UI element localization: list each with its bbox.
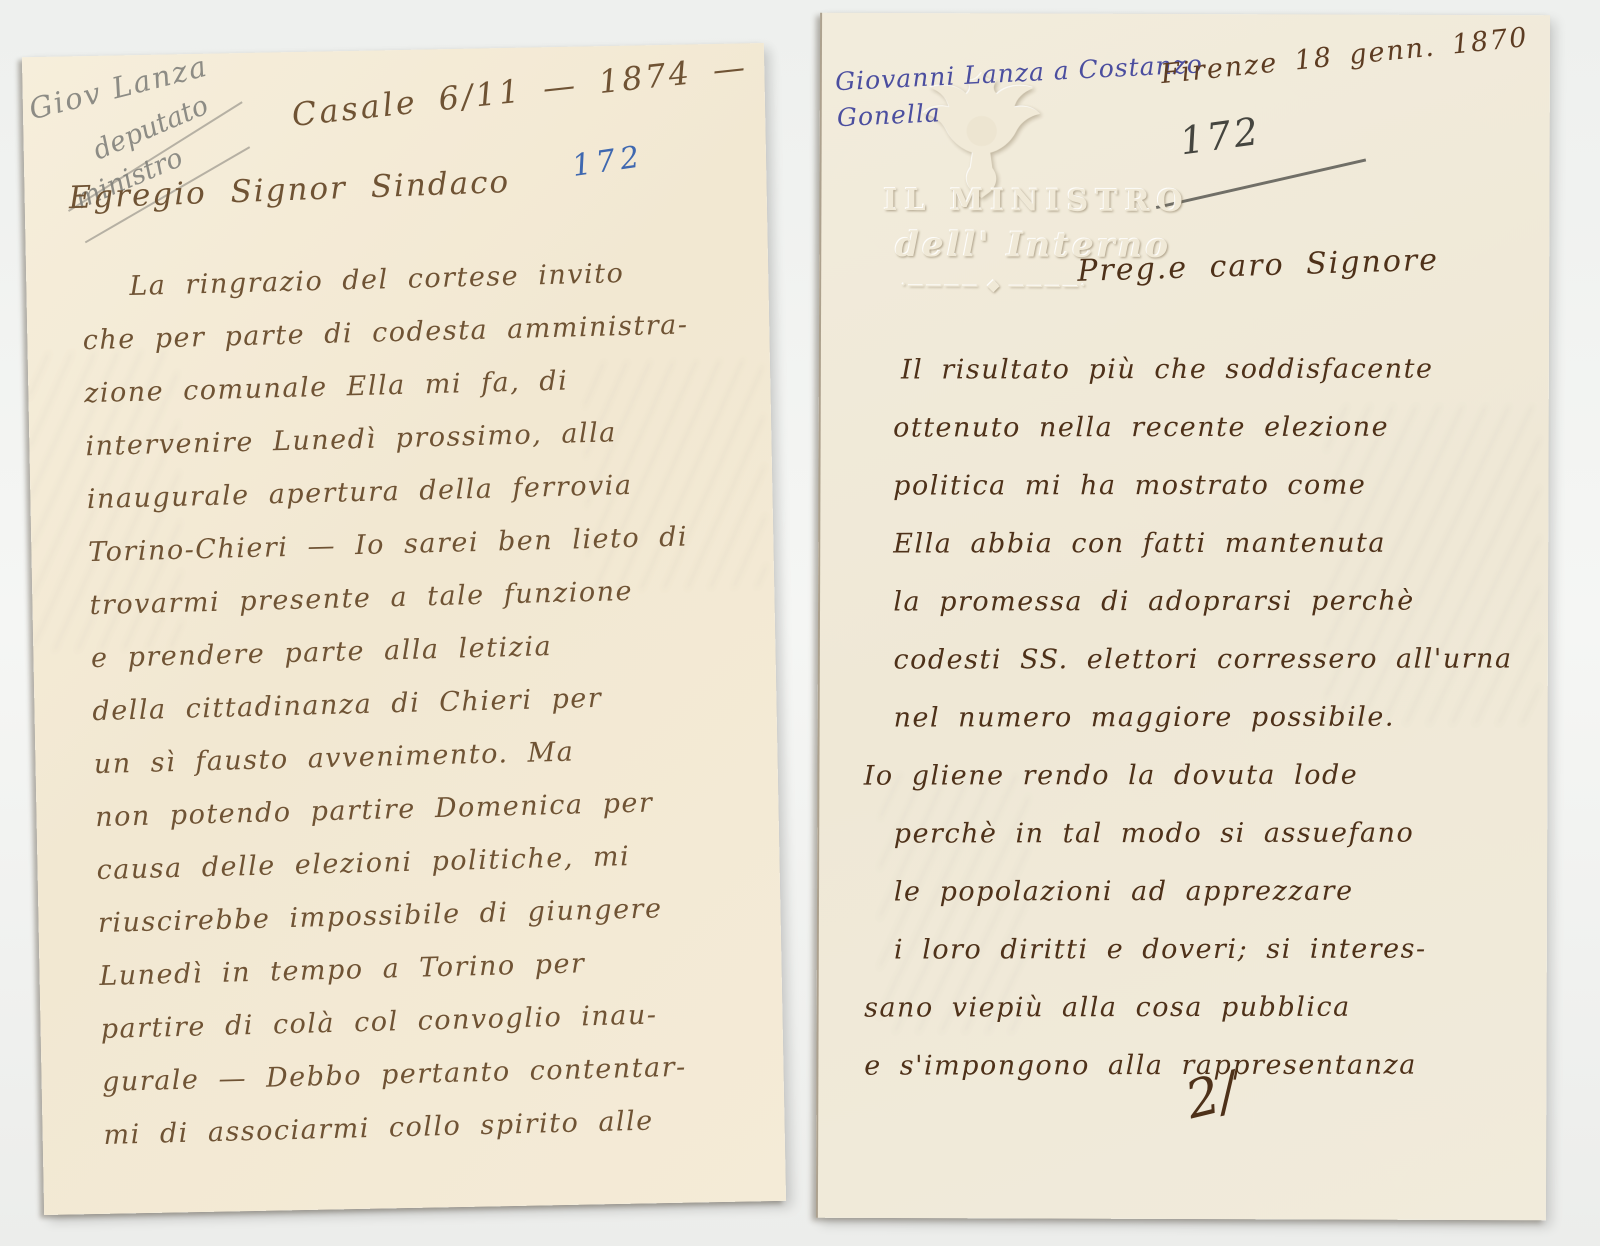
letter-body: La ringrazio del cortese invito che per …	[81, 256, 710, 1173]
manuscript-line: politica mi ha mostrato come	[863, 469, 1512, 528]
letter-body: Il risultato più che soddisfacente otten…	[863, 353, 1513, 1108]
manuscript-line: Il risultato più che soddisfacente	[863, 353, 1512, 412]
manuscript-line: Ella abbia con fatti mantenuta	[863, 527, 1512, 586]
letter-right-page: Giovanni Lanza a Costanzo Gonella Firenz…	[816, 13, 1550, 1221]
dateline: Casale 6/11 — 1874 —	[290, 47, 750, 133]
manuscript-line: i loro diritti e doveri; si interes-	[864, 933, 1513, 992]
photo-background: Giov Lanza deputato ministro Casale 6/11…	[0, 0, 1600, 1246]
manuscript-line: le popolazioni ad apprezzare	[864, 875, 1513, 934]
letter-left-page: Giov Lanza deputato ministro Casale 6/11…	[22, 43, 786, 1215]
archive-number: 172	[570, 139, 646, 184]
manuscript-line: ottenuto nella recente elezione	[863, 411, 1512, 470]
letterhead-title: IL MINISTRO	[883, 183, 1189, 219]
archive-number: 172	[1177, 109, 1264, 164]
manuscript-line: la promessa di adoprarsi perchè	[863, 585, 1512, 644]
manuscript-line: codesti SS. elettori corressero all'urna	[863, 643, 1512, 702]
letterhead-ornament: ·———— ◆ ————·	[901, 275, 1088, 295]
manuscript-line: sano viepiù alla cosa pubblica	[864, 991, 1513, 1050]
manuscript-line: perchè in tal modo si assuefano	[864, 817, 1513, 876]
manuscript-line: nel numero maggiore possibile.	[864, 701, 1513, 760]
manuscript-line: Io gliene rendo la dovuta lode	[864, 759, 1513, 818]
dateline: Firenze 18 genn. 1870	[1159, 22, 1530, 90]
